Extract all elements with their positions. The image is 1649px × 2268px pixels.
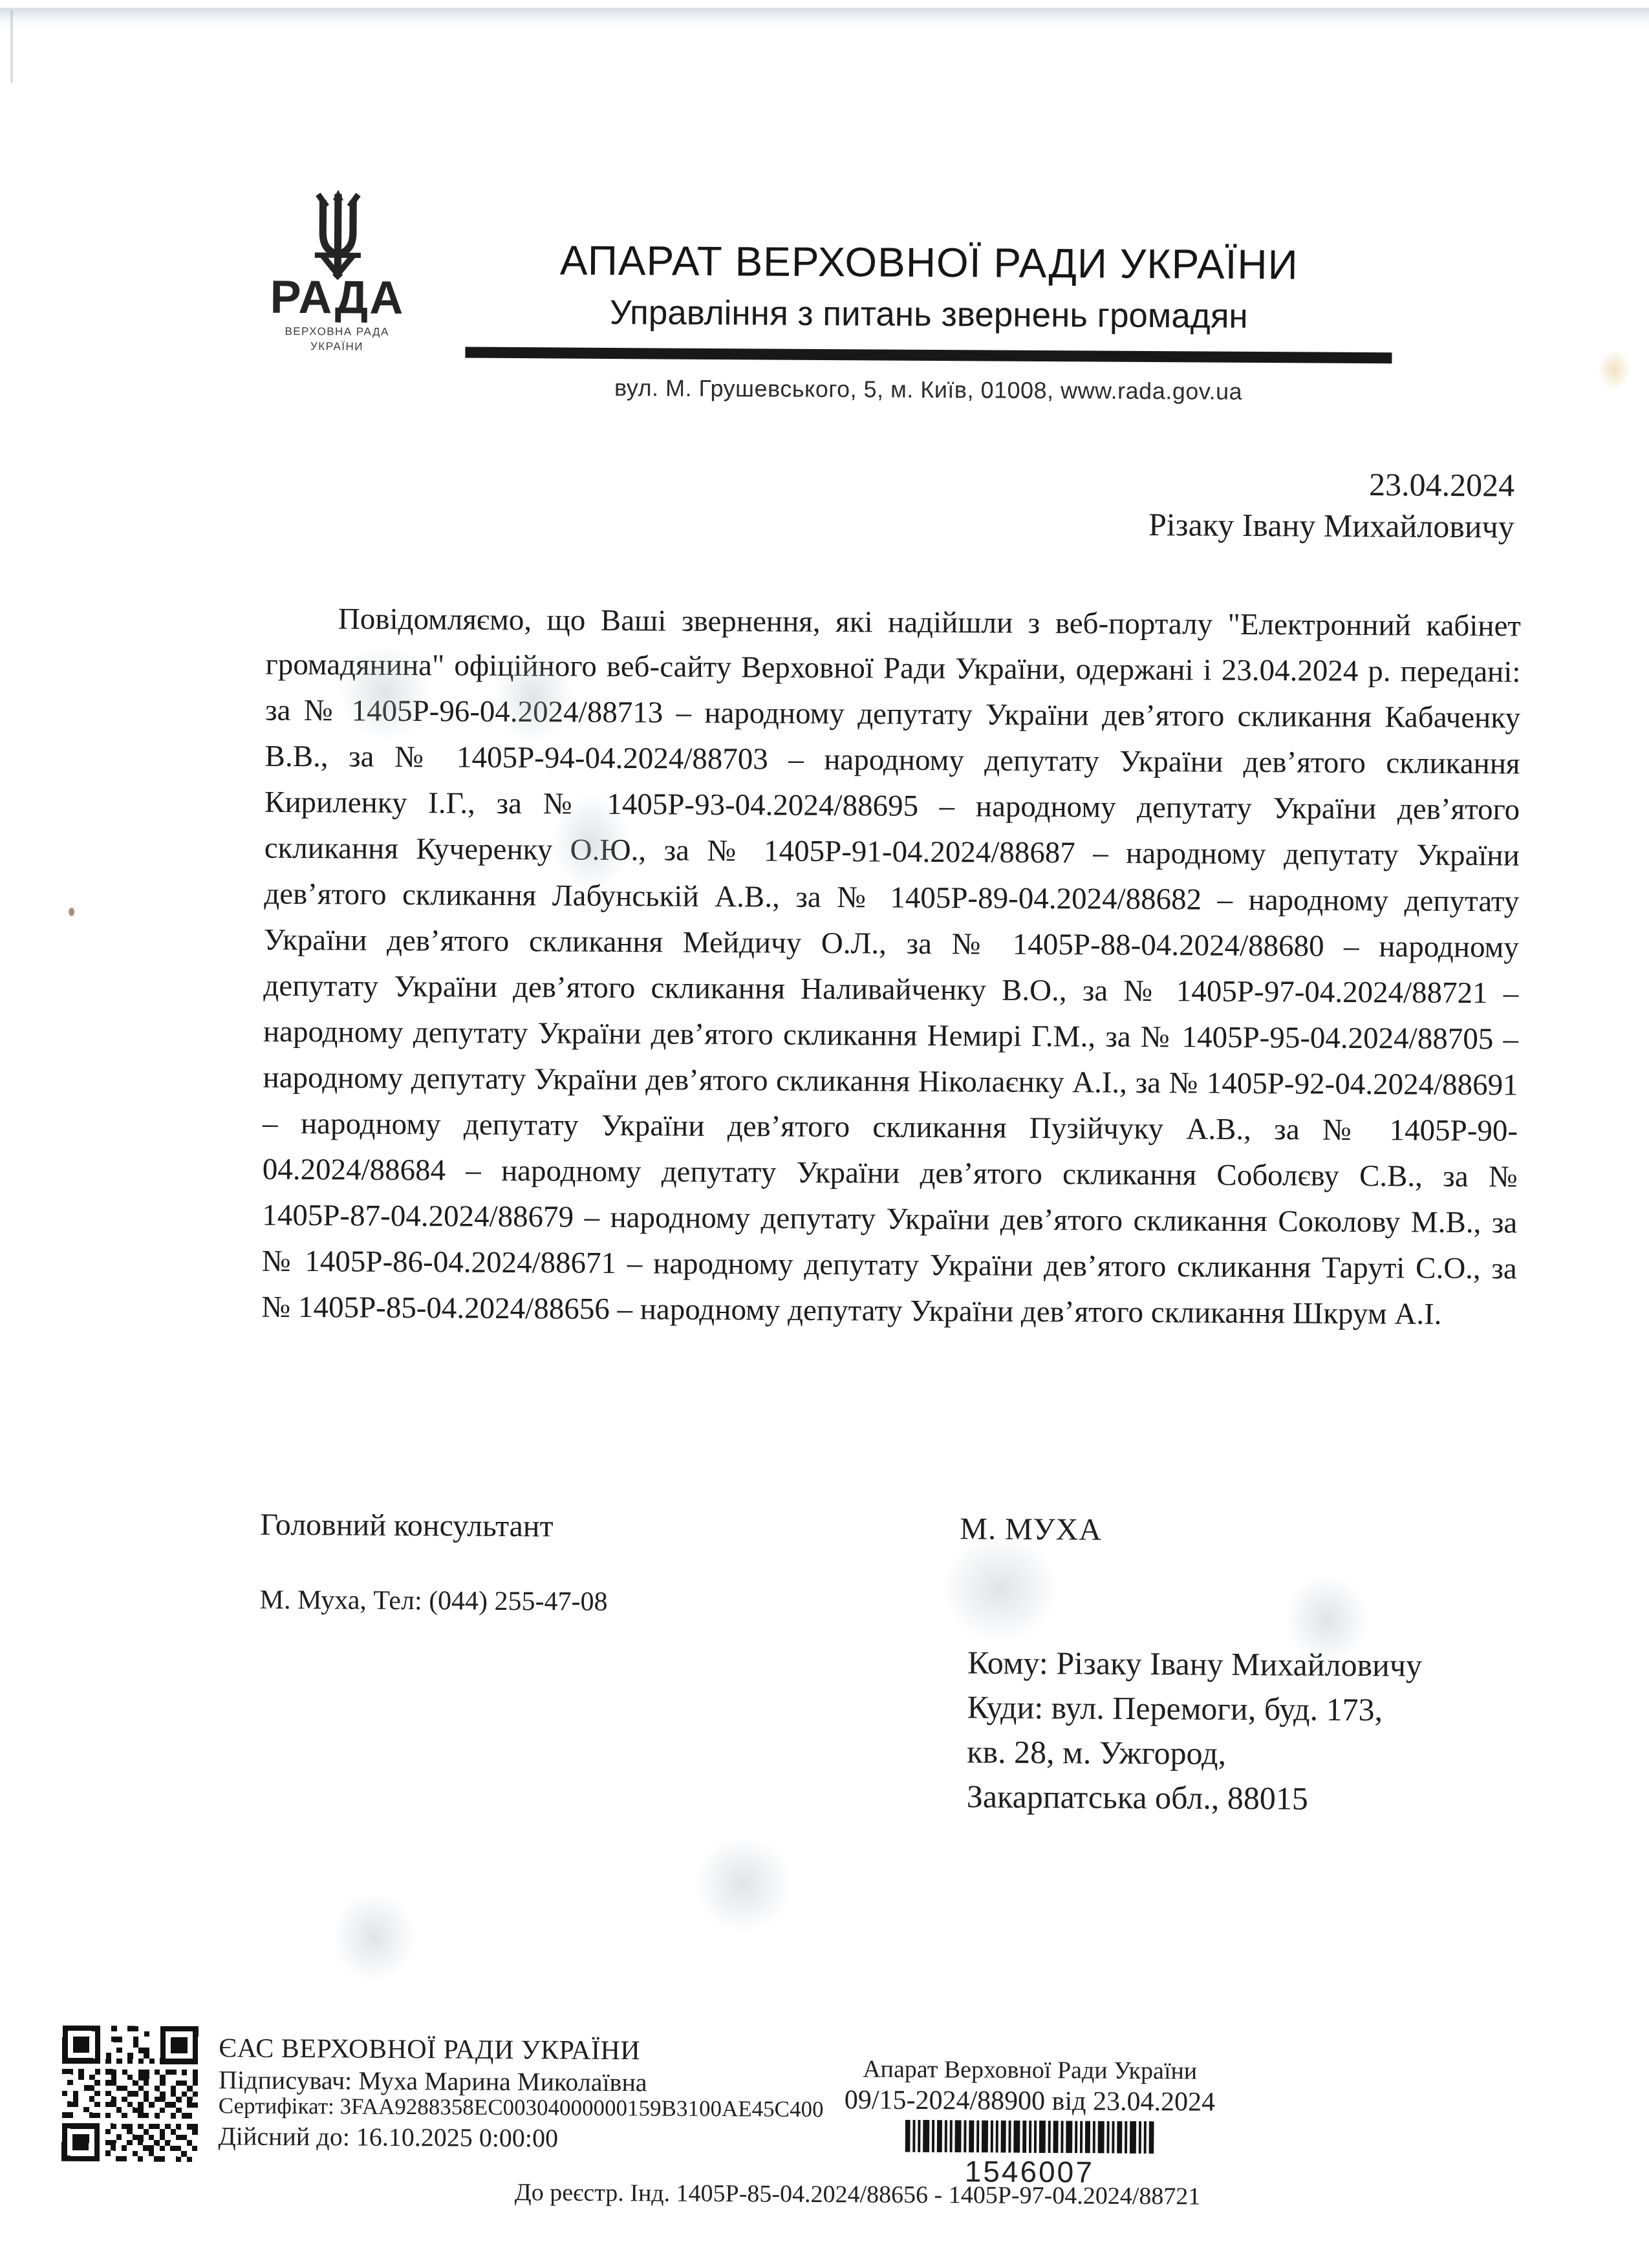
barcode-icon: [905, 2120, 1154, 2154]
scan-smudge: [1284, 1574, 1369, 1665]
scan-smudge: [332, 1891, 416, 1982]
scan-speck: [69, 908, 74, 916]
letter-addressee: Різаку Івану Михайловичу: [1039, 503, 1514, 547]
department-subtitle: Управління з питань звернень громадян: [462, 293, 1396, 337]
postal-recipient-block: Кому: Різаку Івану Михайловичу Куди: вул…: [967, 1640, 1423, 1821]
letterhead-divider: [465, 347, 1392, 364]
logo-caption-line2: УКРАЇНИ: [267, 339, 406, 354]
esign-valid-until: Дійсний до: 16.10.2025 0:00:00: [218, 2121, 558, 2153]
scan-smudge: [552, 793, 630, 891]
esign-certificate: Сертифікат: 3FAA9288358EC00304000000159B…: [219, 2093, 824, 2123]
scan-stain: [1597, 349, 1631, 389]
logo-caption-line1: ВЕРХОВНА РАДА: [268, 324, 407, 339]
date-addressee-block: 23.04.2024 Різаку Івану Михайловичу: [1039, 462, 1515, 547]
letter-date: 23.04.2024: [1039, 462, 1514, 506]
document-content: РАДА ВЕРХОВНА РАДА УКРАЇНИ АПАРАТ ВЕРХОВ…: [0, 0, 1649, 2268]
signer-contact: М. Муха, Тел: (044) 255-47-08: [260, 1585, 608, 1618]
scan-smudge: [942, 1533, 1059, 1643]
registration-number: 09/15-2024/88900 від 23.04.2024: [821, 2084, 1238, 2118]
scan-smudge: [695, 1835, 792, 1933]
letter-body: Повідомляємо, що Ваші звернення, які над…: [261, 596, 1521, 1338]
letterhead: АПАРАТ ВЕРХОВНОЇ РАДИ УКРАЇНИ Управління…: [461, 237, 1397, 407]
scanned-letter-page: РАДА ВЕРХОВНА РАДА УКРАЇНИ АПАРАТ ВЕРХОВ…: [0, 0, 1649, 2268]
esign-system-name: ЄАС ВЕРХОВНОЇ РАДИ УКРАЇНИ: [219, 2033, 640, 2066]
trident-emblem-icon: [308, 188, 368, 281]
registration-org: Апарат Верховної Ради України: [821, 2055, 1238, 2086]
signer-position: Головний консультант: [260, 1507, 554, 1545]
esign-signer: Підписувач: Муха Марина Миколаївна: [219, 2064, 647, 2097]
organization-title: АПАРАТ ВЕРХОВНОЇ РАДИ УКРАЇНИ: [462, 237, 1396, 288]
recipient-street: Куди: вул. Перемоги, буд. 173,: [967, 1685, 1421, 1732]
qr-code-icon: [61, 2026, 199, 2162]
recipient-city: кв. 28, м. Ужгород,: [967, 1729, 1421, 1777]
recipient-region: Закарпатська обл., 88015: [967, 1774, 1421, 1821]
rada-logo: РАДА ВЕРХОВНА РАДА УКРАЇНИ: [267, 188, 407, 354]
logo-caption: ВЕРХОВНА РАДА УКРАЇНИ: [267, 324, 406, 354]
organization-address: вул. М. Грушевського, 5, м. Київ, 01008,…: [461, 374, 1396, 407]
logo-wordmark: РАДА: [268, 276, 407, 319]
registry-footer: До реєстр. Інд. 1405Р-85-04.2024/88656 -…: [434, 2177, 1281, 2211]
scan-smudge: [495, 651, 573, 742]
registration-block: Апарат Верховної Ради України 09/15-2024…: [821, 2055, 1238, 2190]
scan-smudge: [339, 643, 431, 741]
